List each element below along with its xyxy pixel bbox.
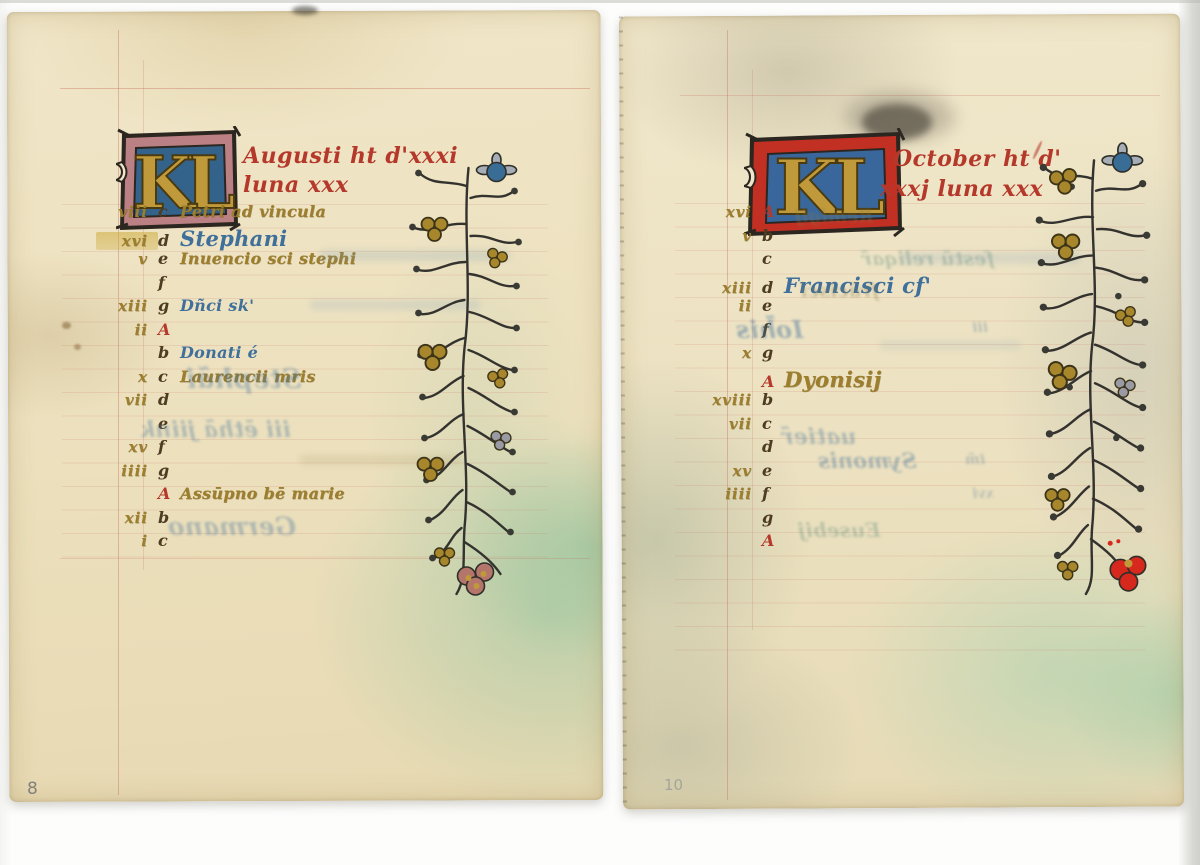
calendar-row: xviiib <box>700 390 931 414</box>
calendar-row: xvidStephani <box>96 226 356 250</box>
dominical-letter: g <box>762 343 784 362</box>
golden-number: v <box>96 250 158 268</box>
dominical-letter: c <box>158 367 180 386</box>
feast-name: Dñci sk' <box>180 296 254 315</box>
showthrough-text: uatier̃ <box>782 424 856 450</box>
feast-name: Petri ad vincula <box>180 202 326 221</box>
dominical-letter: A <box>158 320 180 339</box>
bottom-flower <box>458 563 494 595</box>
calendar-row: ADyonisij <box>700 367 931 391</box>
dominical-letter: c <box>762 414 784 433</box>
dominical-letter: f <box>158 273 180 292</box>
dominical-letter: b <box>158 343 180 362</box>
golden-number: x <box>96 368 158 386</box>
dominical-letter: d <box>762 437 784 456</box>
feast-name: Dyonisij <box>784 367 881 392</box>
top-flower <box>477 153 517 182</box>
golden-number: xii <box>96 509 158 527</box>
stain-spot <box>74 344 81 350</box>
stain-spot <box>292 6 318 15</box>
golden-number: ii <box>700 297 762 315</box>
dominical-letter: e <box>762 296 784 315</box>
folio-number-right: 10 <box>664 776 683 794</box>
silver-leaf <box>1112 377 1136 399</box>
dominical-letter: b <box>762 226 784 245</box>
dominical-letter: d <box>158 231 180 250</box>
golden-number: i <box>96 532 158 550</box>
showthrough-text: Symonis <box>818 448 917 473</box>
dominical-letter: A <box>762 202 784 221</box>
golden-number: xiii <box>700 279 762 297</box>
showthrough-text: xvi <box>972 486 994 502</box>
golden-number: ii <box>96 321 158 339</box>
dominical-letter: b <box>762 390 784 409</box>
folio-number-left: 8 <box>27 779 38 799</box>
bottom-flower <box>1108 539 1146 591</box>
showthrough-text: iii <box>972 320 988 336</box>
feast-name: Stephani <box>180 226 287 251</box>
dominical-letter: A <box>762 531 784 550</box>
manuscript-scan: KL Augusti ht d'xxxi luna xxx viiicPetri… <box>0 0 1200 865</box>
dominical-letter: A <box>158 484 180 503</box>
calendar-row: vb <box>700 226 931 250</box>
dominical-letter: g <box>158 296 180 315</box>
golden-number: iiii <box>96 462 158 480</box>
feast-name: Assūpno bē marie <box>180 484 345 503</box>
frame-notch <box>744 166 756 188</box>
dominical-letter: c <box>762 249 784 268</box>
calendar-row: viiicPetri ad vincula <box>96 202 356 226</box>
showthrough-text: Germano <box>168 512 296 541</box>
top-flower <box>1102 143 1143 172</box>
golden-number: vii <box>700 415 762 433</box>
dominical-letter: g <box>158 461 180 480</box>
golden-number: xv <box>700 462 762 480</box>
golden-number: xvi <box>96 232 158 250</box>
golden-number: xvi <box>700 203 762 221</box>
month-header-line2: luna xxx <box>243 172 349 198</box>
dominical-letter: d <box>762 278 784 297</box>
dominical-letter: e <box>158 249 180 268</box>
golden-number: xviii <box>700 391 762 409</box>
calendar-row: bDonati é <box>96 343 356 367</box>
ruling-line <box>60 88 590 89</box>
calendar-row: veInuencio sci stephi <box>96 249 356 273</box>
calendar-row: iiA <box>96 320 356 344</box>
golden-number: v <box>700 227 762 245</box>
golden-number: vii <box>96 391 158 409</box>
showthrough-text: frãcisci <box>800 280 879 302</box>
floral-border-october <box>1018 134 1168 600</box>
scan-edge <box>0 0 1200 3</box>
dominical-letter: A <box>762 372 784 391</box>
golden-number: iiii <box>700 485 762 503</box>
showthrough-text: iii ēthã jiink <box>140 417 291 443</box>
showthrough-text: Stephãi <box>186 364 301 395</box>
calendar-row: AAssūpno bē marie <box>96 484 356 508</box>
calendar-row: f <box>96 273 356 297</box>
showthrough-text: Eusebij <box>798 518 881 542</box>
showthrough-text: Remigij <box>795 206 873 227</box>
stain-spot <box>62 322 71 329</box>
calendar-row: iiiif <box>700 484 931 508</box>
floral-border-august <box>398 138 533 598</box>
feast-name: Donati é <box>180 343 258 362</box>
showthrough-text: im̃ <box>965 452 985 468</box>
dominical-letter: c <box>158 202 180 221</box>
dominical-letter: f <box>762 484 784 503</box>
showthrough-text: Ioh̃is <box>736 315 803 344</box>
golden-number: x <box>700 344 762 362</box>
showthrough-mark <box>880 340 1020 350</box>
dominical-letter: d <box>158 390 180 409</box>
frame-notch <box>116 162 127 182</box>
golden-number: xiii <box>96 297 158 315</box>
dominical-letter: g <box>762 508 784 527</box>
dominical-letter: e <box>762 461 784 480</box>
golden-number: viii <box>96 203 158 221</box>
